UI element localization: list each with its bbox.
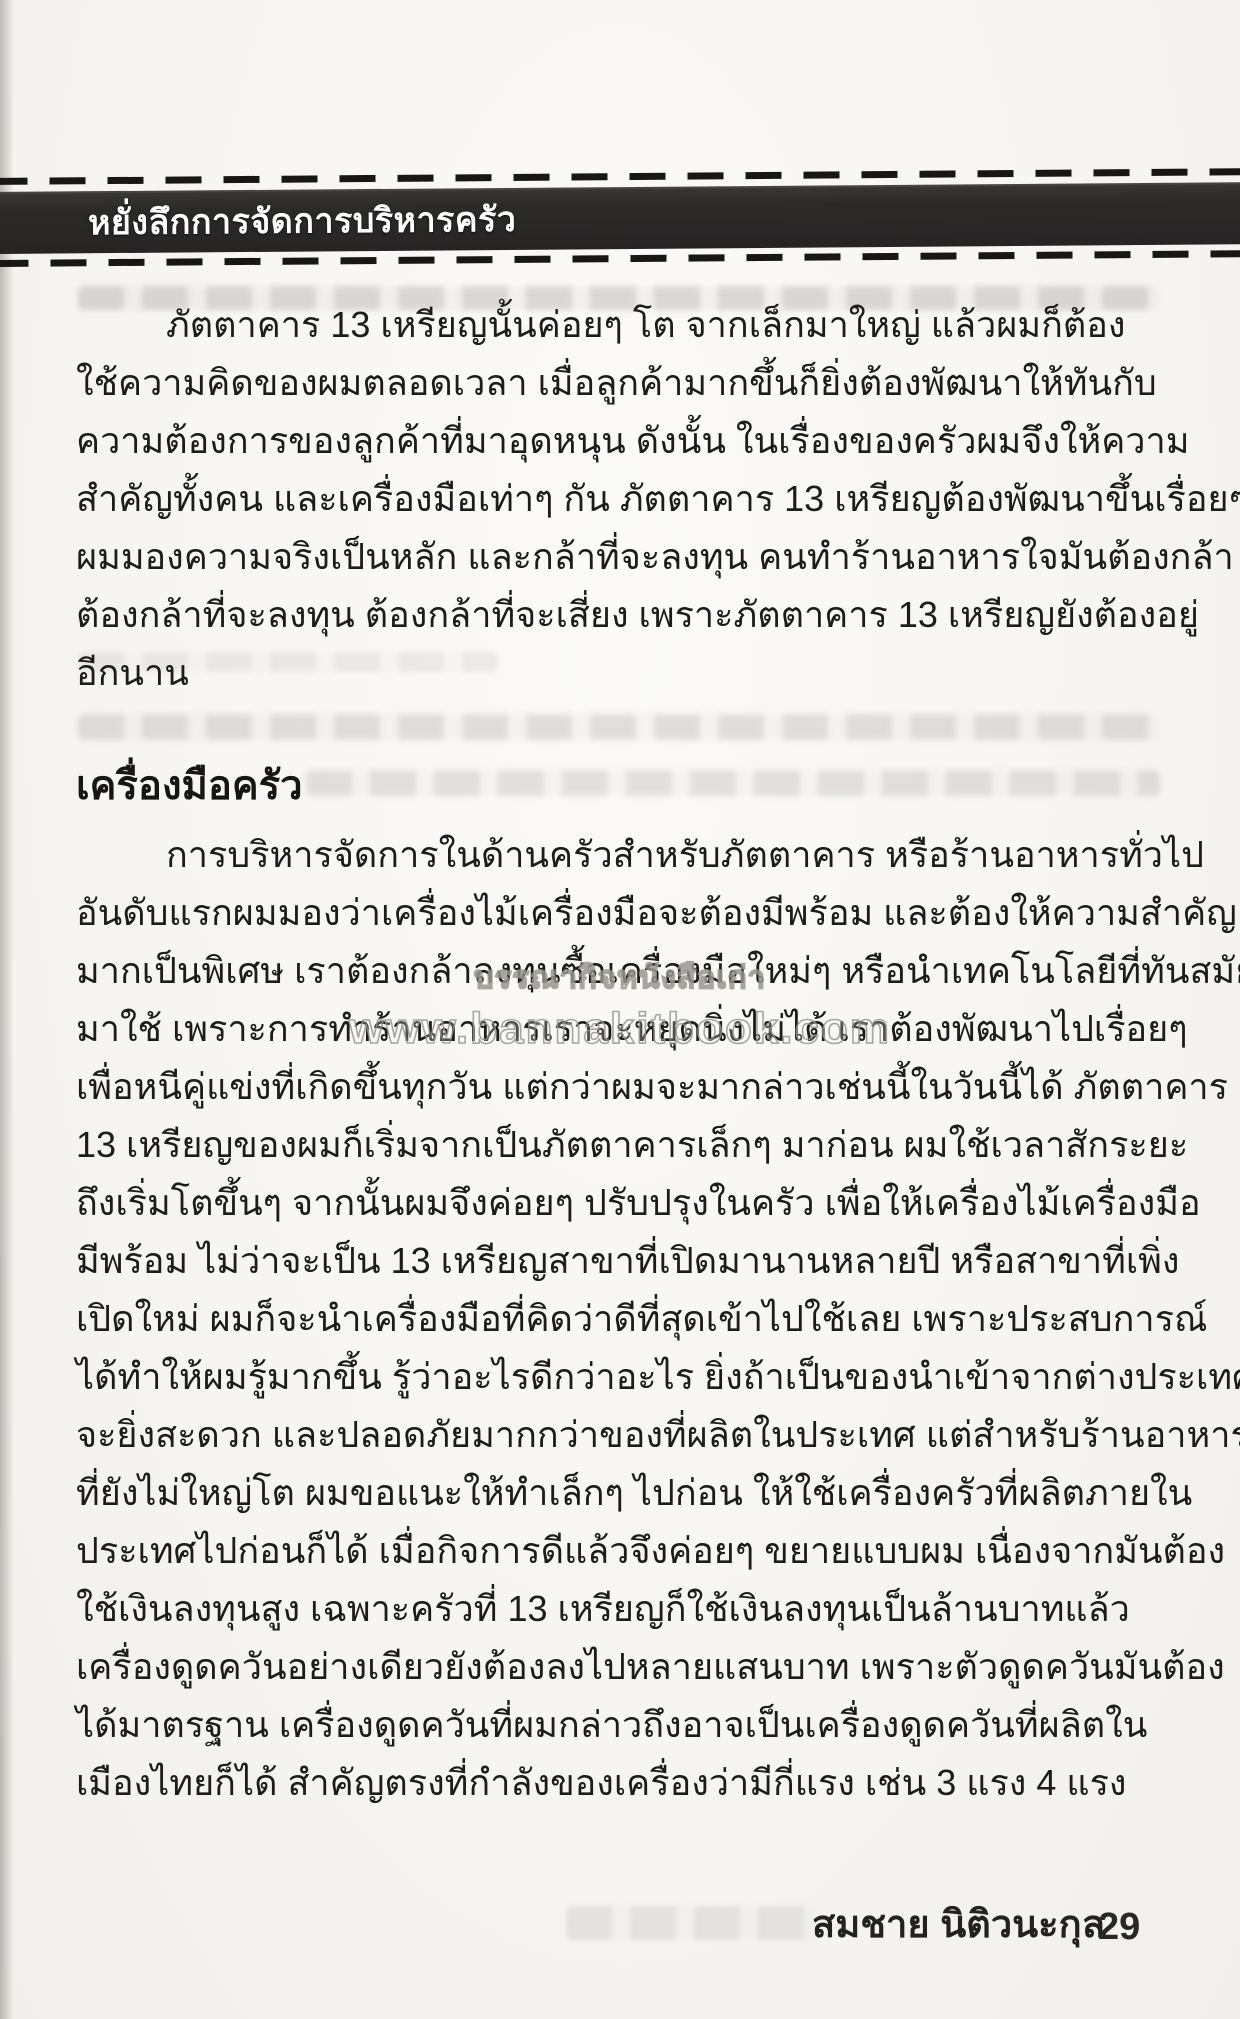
text-line: มาใช้ เพราะการทำร้านอาหารเราจะหยุดนิ่งไม…	[76, 1000, 1172, 1058]
chapter-header-band: หยั่งลึกการจัดการบริหารครัว	[0, 168, 1240, 267]
text-line: 13 เหรียญของผมก็เริ่มจากเป็นภัตตาคารเล็ก…	[76, 1116, 1172, 1174]
text-line: มีพร้อม ไม่ว่าจะเป็น 13 เหรียญสาขาที่เปิ…	[76, 1232, 1172, 1290]
dashed-rule-bottom	[0, 250, 1240, 267]
text-line: เพื่อหนีคู่แข่งที่เกิดขึ้นทุกวัน แต่กว่า…	[76, 1058, 1172, 1116]
text-line: อันดับแรกผมมองว่าเครื่องไม้เครื่องมือจะต…	[76, 884, 1172, 942]
footer-page-number: 29	[1098, 1898, 1140, 1956]
page-edge-shadow	[0, 0, 14, 2019]
showthrough-ghost	[566, 1906, 818, 1940]
text-line: ใช้เงินลงทุนสูง เฉพาะครัวที่ 13 เหรียญก็…	[76, 1580, 1172, 1638]
text-line: ความต้องการของลูกค้าที่มาอุดหนุน ดังนั้น…	[76, 412, 1172, 470]
paragraph-2: การบริหารจัดการในด้านครัวสำหรับภัตตาคาร …	[76, 826, 1172, 1812]
text-line: ใช้ความคิดของผมตลอดเวลา เมื่อลูกค้ามากขึ…	[76, 354, 1172, 412]
showthrough-ghost	[78, 714, 1158, 740]
text-line: ที่ยังไม่ใหญ่โต ผมขอแนะให้ทำเล็กๆ ไปก่อน…	[76, 1464, 1172, 1522]
showthrough-ghost	[306, 770, 1160, 796]
text-line: เครื่องดูดควันอย่างเดียวยังต้องลงไปหลายแ…	[76, 1638, 1172, 1696]
text-line: มากเป็นพิเศษ เราต้องกล้าลงทุนซื้อเครื่อง…	[76, 942, 1172, 1000]
text-line: ถึงเริ่มโตขึ้นๆ จากนั้นผมจึงค่อยๆ ปรับปร…	[76, 1174, 1172, 1232]
paragraph-1: ภัตตาคาร 13 เหรียญนั้นค่อยๆ โต จากเล็กมา…	[76, 296, 1172, 702]
text-line: สำคัญทั้งคน และเครื่องมือเท่าๆ กัน ภัตตา…	[76, 470, 1172, 528]
chapter-title: หยั่งลึกการจัดการบริหารครัว	[0, 192, 517, 250]
text-line: ได้ทำให้ผมรู้มากขึ้น รู้ว่าอะไรดีกว่าอะไ…	[76, 1348, 1172, 1406]
text-line: ต้องกล้าที่จะลงทุน ต้องกล้าที่จะเสี่ยง เ…	[76, 586, 1172, 644]
dashed-rule-top	[0, 168, 1240, 185]
text-line: ประเทศไปก่อนก็ได้ เมื่อกิจการดีแล้วจึงค่…	[76, 1522, 1172, 1580]
text-line: เมืองไทยก็ได้ สำคัญตรงที่กำลังของเครื่อง…	[76, 1754, 1172, 1812]
text-line: การบริหารจัดการในด้านครัวสำหรับภัตตาคาร …	[76, 826, 1172, 884]
chapter-title-bar: หยั่งลึกการจัดการบริหารครัว	[0, 182, 1240, 254]
text-line: อีกนาน	[76, 644, 1172, 702]
book-page: หยั่งลึกการจัดการบริหารครัว ภัตตาคาร 13 …	[0, 0, 1240, 2019]
section-heading: เครื่องมือครัว	[76, 756, 303, 816]
footer-author: สมชาย นิติวนะกุล	[812, 1896, 1105, 1954]
text-line: ภัตตาคาร 13 เหรียญนั้นค่อยๆ โต จากเล็กมา…	[76, 296, 1172, 354]
text-line: ผมมองความจริงเป็นหลัก และกล้าที่จะลงทุน …	[76, 528, 1172, 586]
text-line: เปิดใหม่ ผมก็จะนำเครื่องมือที่คิดว่าดีที…	[76, 1290, 1172, 1348]
text-line: ได้มาตรฐาน เครื่องดูดควันที่ผมกล่าวถึงอา…	[76, 1696, 1172, 1754]
text-line: จะยิ่งสะดวก และปลอดภัยมากกว่าของที่ผลิตใ…	[76, 1406, 1172, 1464]
